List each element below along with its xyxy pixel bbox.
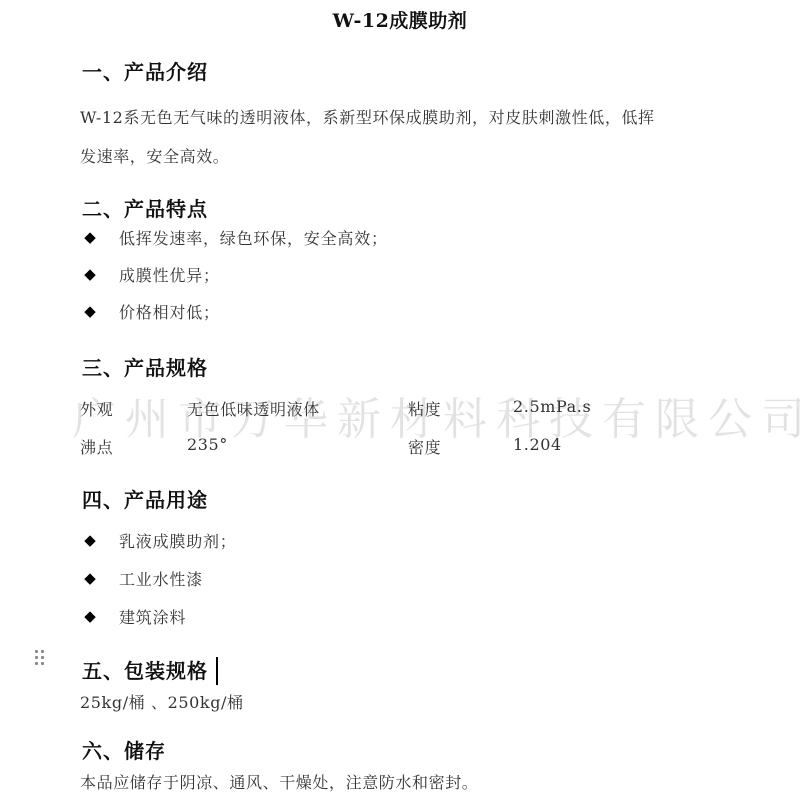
diamond-bullet-icon: ◆	[82, 229, 98, 245]
intro-paragraph-line-2: 发速率，安全高效。	[80, 144, 229, 167]
section-heading-intro: 一、产品介绍	[82, 56, 208, 85]
feature-list-item: ◆ 价格相对低；	[82, 299, 220, 323]
use-text: 建筑涂料	[119, 605, 186, 628]
block-drag-handle-icon[interactable]	[35, 650, 45, 666]
spec-value-appearance: 无色低味透明液体	[187, 397, 320, 420]
storage-paragraph: 本品应储存于阴凉、通风、干燥处，注意防水和密封。	[80, 770, 478, 793]
spec-value-density: 1.204	[513, 435, 562, 454]
diamond-bullet-icon: ◆	[82, 570, 98, 586]
use-text: 乳液成膜助剂；	[119, 529, 237, 552]
spec-label-appearance: 外观	[80, 397, 113, 420]
use-text: 工业水性漆	[119, 567, 203, 590]
section-heading-features: 二、产品特点	[82, 193, 208, 222]
diamond-bullet-icon: ◆	[82, 608, 98, 624]
packaging-heading-text: 五、包装规格	[82, 659, 208, 683]
feature-list-item: ◆ 低挥发速率，绿色环保，安全高效；	[82, 225, 388, 249]
packaging-paragraph: 25kg/桶 、250kg/桶	[80, 690, 244, 713]
diamond-bullet-icon: ◆	[82, 303, 98, 319]
section-heading-uses: 四、产品用途	[82, 484, 208, 513]
feature-text: 成膜性优异；	[119, 263, 220, 286]
diamond-bullet-icon: ◆	[82, 532, 98, 548]
document-title: W-12成膜助剂	[0, 6, 800, 33]
use-list-item: ◆ 乳液成膜助剂；	[82, 528, 237, 552]
spec-value-viscosity: 2.5mPa.s	[513, 397, 591, 416]
feature-text: 低挥发速率，绿色环保，安全高效；	[119, 226, 388, 249]
intro-paragraph-line-1: W-12系无色无气味的透明液体，系新型环保成膜助剂，对皮肤刺激性低，低挥	[80, 105, 655, 128]
use-list-item: ◆ 工业水性漆	[82, 566, 203, 590]
text-cursor	[216, 657, 218, 685]
section-heading-storage: 六、储存	[82, 735, 166, 764]
section-heading-specs: 三、产品规格	[82, 352, 208, 381]
use-list-item: ◆ 建筑涂料	[82, 604, 186, 628]
spec-label-density: 密度	[408, 435, 441, 458]
diamond-bullet-icon: ◆	[82, 266, 98, 282]
spec-label-boiling-point: 沸点	[80, 435, 113, 458]
feature-list-item: ◆ 成膜性优异；	[82, 262, 220, 286]
spec-value-boiling-point: 235°	[187, 435, 228, 454]
spec-label-viscosity: 粘度	[408, 397, 441, 420]
section-heading-packaging[interactable]: 五、包装规格	[82, 655, 218, 687]
feature-text: 价格相对低；	[119, 300, 220, 323]
